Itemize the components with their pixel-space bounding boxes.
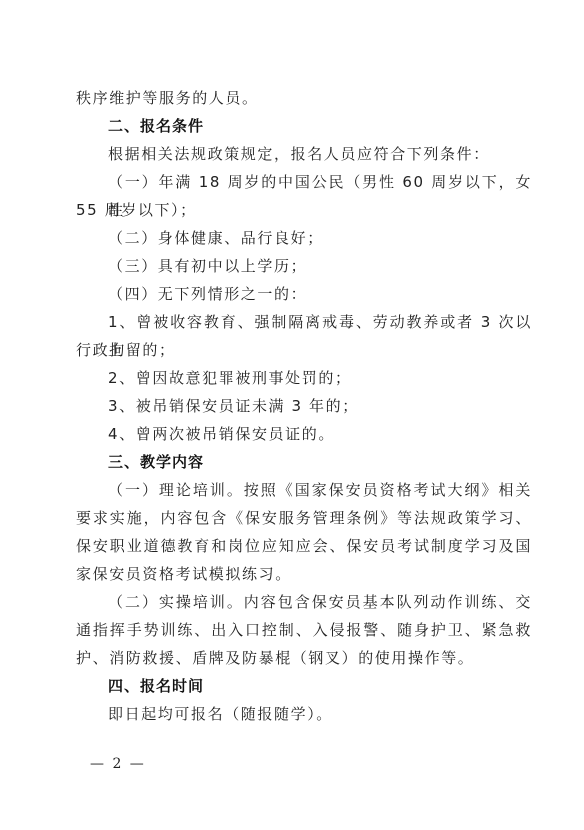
section-heading-teaching-content: 三、教学内容 xyxy=(76,448,532,476)
document-page: 秩序维护等服务的人员。 二、报名条件 根据相关法规政策规定，报名人员应符合下列条… xyxy=(76,84,532,728)
condition-item-4: （四）无下列情形之一的： xyxy=(76,280,532,308)
theory-training-para-cont: 家保安员资格考试模拟练习。 xyxy=(76,560,532,588)
condition-item-3: （三）具有初中以上学历； xyxy=(76,252,532,280)
section-heading-registration-conditions: 二、报名条件 xyxy=(76,112,532,140)
registration-time-text: 即日起均可报名（随报随学）。 xyxy=(76,700,532,728)
exclusion-item-4: 4、曾两次被吊销保安员证的。 xyxy=(76,420,532,448)
exclusion-item-1: 1、曾被收容教育、强制隔离戒毒、劳动教养或者 3 次以上 xyxy=(76,308,532,336)
practical-training-para-cont: 通指挥手势训练、出入口控制、入侵报警、随身护卫、紧急救 xyxy=(76,616,532,644)
condition-item-1-cont: 55 周岁以下）； xyxy=(76,196,532,224)
theory-training-para: （一）理论培训。按照《国家保安员资格考试大纲》相关 xyxy=(76,476,532,504)
body-text-line: 秩序维护等服务的人员。 xyxy=(76,84,532,112)
section-heading-registration-time: 四、报名时间 xyxy=(76,672,532,700)
condition-item-2: （二）身体健康、品行良好； xyxy=(76,224,532,252)
exclusion-item-2: 2、曾因故意犯罪被刑事处罚的； xyxy=(76,364,532,392)
condition-item-1: （一）年满 18 周岁的中国公民（男性 60 周岁以下，女性 xyxy=(76,168,532,196)
body-text-line: 根据相关法规政策规定，报名人员应符合下列条件： xyxy=(76,140,532,168)
page-number: — 2 — xyxy=(90,756,146,772)
theory-training-para-cont: 保安职业道德教育和岗位应知应会、保安员考试制度学习及国 xyxy=(76,532,532,560)
exclusion-item-3: 3、被吊销保安员证未满 3 年的； xyxy=(76,392,532,420)
exclusion-item-1-cont: 行政拘留的； xyxy=(76,336,532,364)
theory-training-para-cont: 要求实施，内容包含《保安服务管理条例》等法规政策学习、 xyxy=(76,504,532,532)
practical-training-para-cont: 护、消防救援、盾牌及防暴棍（钢叉）的使用操作等。 xyxy=(76,644,532,672)
practical-training-para: （二）实操培训。内容包含保安员基本队列动作训练、交 xyxy=(76,588,532,616)
